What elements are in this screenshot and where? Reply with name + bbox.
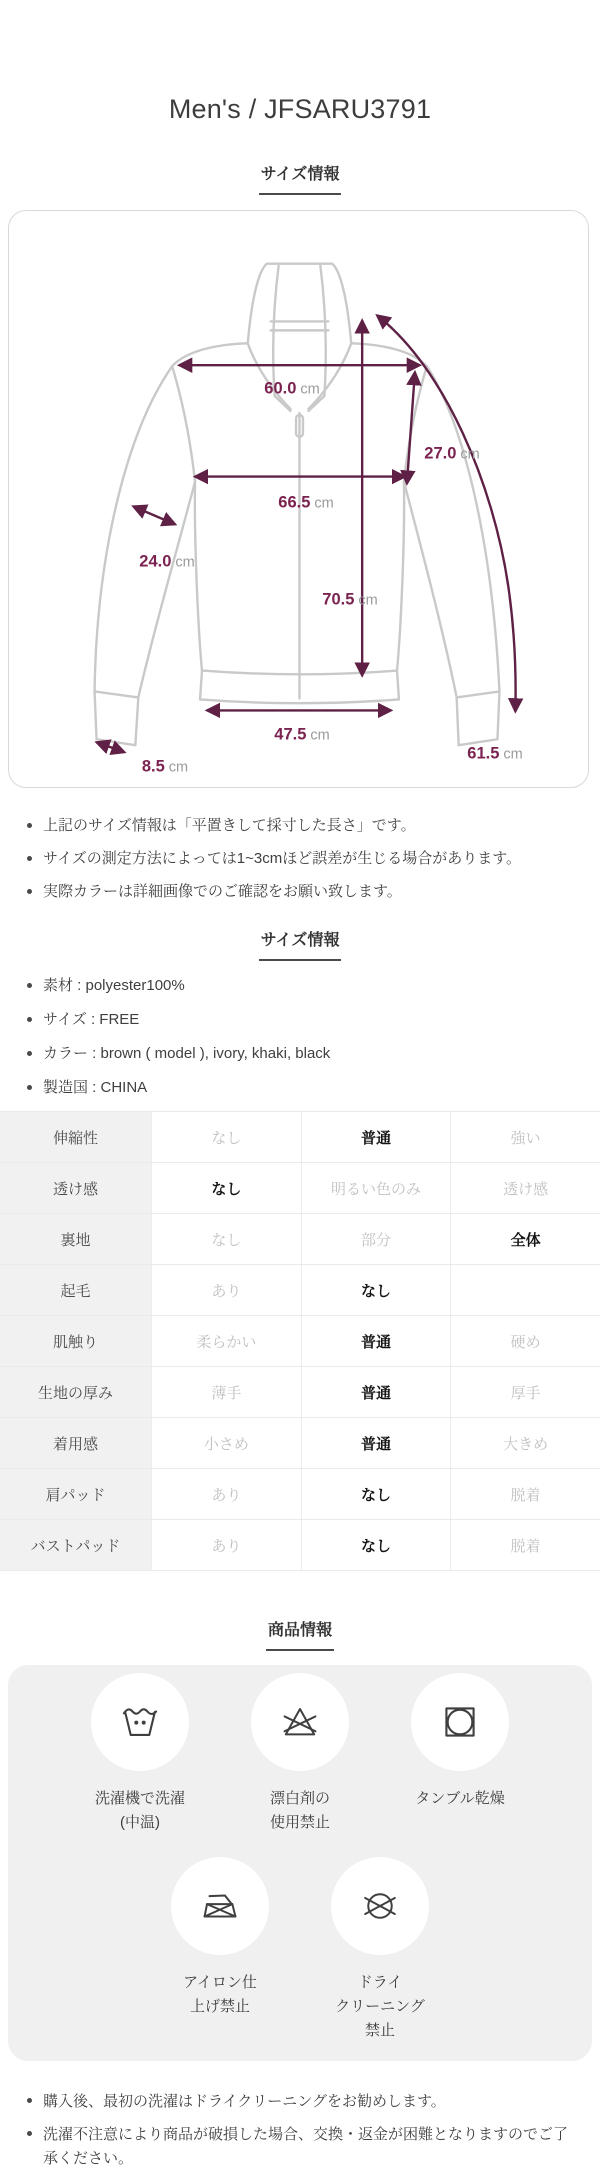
table-cell: 脱着	[450, 1469, 600, 1519]
table-cell: 大きめ	[450, 1418, 600, 1468]
table-cell	[450, 1265, 600, 1315]
measurement-value: 70.5	[322, 591, 354, 610]
table-row-bust-pad: バストパッド あり なし 脱着	[0, 1520, 600, 1571]
size-diagram: 60.0cm 27.0cm 66.5cm 24.0cm 70.5cm 47.5c…	[8, 210, 589, 788]
size-diagram-heading: サイズ情報	[0, 161, 600, 195]
table-cell: 厚手	[450, 1367, 600, 1417]
measurement-unit: cm	[175, 555, 194, 571]
table-cell: あり	[151, 1469, 301, 1519]
table-cell: 強い	[450, 1112, 600, 1162]
measurement-unit: cm	[300, 382, 319, 398]
care-row-2: アイロン仕 上げ禁止 ドライ クリーニング 禁止	[8, 1853, 592, 2043]
table-row-stretch: 伸縮性 なし 普通 強い	[0, 1112, 600, 1163]
table-cell: 薄手	[151, 1367, 301, 1417]
measurement-value: 61.5	[467, 745, 499, 764]
table-row-label: 生地の厚み	[0, 1367, 151, 1417]
table-cell: あり	[151, 1520, 301, 1570]
table-cell: なし	[151, 1163, 301, 1213]
table-cell: 部分	[301, 1214, 451, 1264]
measurement-unit: cm	[314, 496, 333, 512]
table-row-label: 肩パッド	[0, 1469, 151, 1519]
product-info-heading-label: 商品情報	[266, 1617, 334, 1651]
table-cell: 普通	[301, 1367, 451, 1417]
table-row-touch: 肌触り 柔らかい 普通 硬め	[0, 1316, 600, 1367]
product-info-page: Men's / JFSARU3791 サイズ情報	[0, 0, 600, 2180]
care-label: タンブル乾燥	[415, 1787, 504, 1811]
care-note: 洗濯不注意により商品が破損した場合、交換・返金が困難となりますのでご了承ください…	[26, 2123, 576, 2171]
table-row-fit: 着用感 小さめ 普通 大きめ	[0, 1418, 600, 1469]
table-cell: あり	[151, 1265, 301, 1315]
measurement-unit: cm	[460, 447, 479, 463]
measurement-value: 24.0	[139, 553, 171, 572]
care-label: ドライ クリーニング 禁止	[335, 1971, 425, 2043]
care-instructions: 洗濯機で洗濯 (中温) 漂白剤の 使用禁止	[8, 1665, 592, 2061]
measurement-sleeve-length: 61.5cm	[467, 745, 522, 764]
table-cell: 硬め	[450, 1316, 600, 1366]
measurement-unit: cm	[503, 747, 522, 763]
care-row-1: 洗濯機で洗濯 (中温) 漂白剤の 使用禁止	[8, 1669, 592, 1835]
table-cell: なし	[151, 1214, 301, 1264]
table-row-sheerness: 透け感 なし 明るい色のみ 透け感	[0, 1163, 600, 1214]
care-item-wash: 洗濯機で洗濯 (中温)	[60, 1669, 220, 1835]
table-cell: 小さめ	[151, 1418, 301, 1468]
table-row-label: 伸縮性	[0, 1112, 151, 1162]
size-note: サイズの測定方法によっては1~3cmほど誤差が生じる場合があります。	[26, 848, 582, 870]
no-iron-icon	[171, 1857, 269, 1955]
measurement-value: 27.0	[424, 445, 456, 464]
care-label: 漂白剤の 使用禁止	[270, 1787, 330, 1835]
measurement-sleeve-upper: 24.0cm	[139, 553, 194, 572]
table-cell: なし	[301, 1265, 451, 1315]
table-row-label: 肌触り	[0, 1316, 151, 1366]
no-dryclean-icon	[331, 1857, 429, 1955]
measurement-unit: cm	[169, 760, 188, 776]
tumble-dry-icon	[411, 1673, 509, 1771]
measurement-armhole: 27.0cm	[424, 445, 479, 464]
table-cell: 脱着	[450, 1520, 600, 1570]
table-cell: なし	[301, 1520, 451, 1570]
measurement-cuff-width: 8.5cm	[142, 758, 188, 777]
size-notes-list: 上記のサイズ情報は「平置きして採寸した長さ」です。 サイズの測定方法によっては1…	[26, 815, 582, 903]
product-info-heading: 商品情報	[0, 1617, 600, 1651]
table-row-label: 着用感	[0, 1418, 151, 1468]
size-info-heading-label: サイズ情報	[259, 927, 342, 961]
measurement-value: 47.5	[274, 726, 306, 745]
measurement-unit: cm	[310, 728, 329, 744]
table-row-brushed: 起毛 あり なし	[0, 1265, 600, 1316]
spec-size: サイズ : FREE	[26, 1009, 582, 1031]
measurement-shoulder-width: 60.0cm	[264, 380, 319, 399]
table-cell: 普通	[301, 1418, 451, 1468]
measurement-length: 70.5cm	[322, 591, 377, 610]
measurement-value: 8.5	[142, 758, 165, 777]
size-info-heading: サイズ情報	[0, 927, 600, 961]
measurement-value: 66.5	[278, 494, 310, 513]
size-note: 上記のサイズ情報は「平置きして採寸した長さ」です。	[26, 815, 582, 837]
care-notes-list: 購入後、最初の洗濯はドライクリーニングをお勧めします。 洗濯不注意により商品が破…	[26, 2090, 576, 2171]
table-row-thickness: 生地の厚み 薄手 普通 厚手	[0, 1367, 600, 1418]
size-diagram-heading-label: サイズ情報	[259, 161, 342, 195]
table-row-lining: 裏地 なし 部分 全体	[0, 1214, 600, 1265]
care-item-no-bleach: 漂白剤の 使用禁止	[220, 1669, 380, 1835]
table-cell: 普通	[301, 1112, 451, 1162]
table-cell: 全体	[450, 1214, 600, 1264]
spec-list: 素材 : polyester100% サイズ : FREE カラー : brow…	[26, 975, 582, 1099]
table-cell: 柔らかい	[151, 1316, 301, 1366]
care-item-tumble-dry: タンブル乾燥	[380, 1669, 540, 1835]
no-bleach-icon	[251, 1673, 349, 1771]
table-row-shoulder-pad: 肩パッド あり なし 脱着	[0, 1469, 600, 1520]
table-row-label: バストパッド	[0, 1520, 151, 1570]
care-note: 購入後、最初の洗濯はドライクリーニングをお勧めします。	[26, 2090, 576, 2114]
care-item-no-iron: アイロン仕 上げ禁止	[140, 1853, 300, 2043]
care-label: アイロン仕 上げ禁止	[183, 1971, 257, 2019]
spec-color: カラー : brown ( model ), ivory, khaki, bla…	[26, 1043, 582, 1065]
spec-material: 素材 : polyester100%	[26, 975, 582, 997]
table-cell: なし	[301, 1469, 451, 1519]
table-cell: 明るい色のみ	[301, 1163, 451, 1213]
spec-country: 製造国 : CHINA	[26, 1077, 582, 1099]
care-label: 洗濯機で洗濯 (中温)	[95, 1787, 185, 1835]
table-row-label: 起毛	[0, 1265, 151, 1315]
measurement-value: 60.0	[264, 380, 296, 399]
page-title: Men's / JFSARU3791	[0, 0, 600, 125]
table-cell: 普通	[301, 1316, 451, 1366]
table-cell: 透け感	[450, 1163, 600, 1213]
spec-table: 伸縮性 なし 普通 強い 透け感 なし 明るい色のみ 透け感 裏地 なし 部分 …	[0, 1111, 600, 1571]
measurement-hem-width: 47.5cm	[274, 726, 329, 745]
care-item-no-dryclean: ドライ クリーニング 禁止	[300, 1853, 460, 2043]
table-row-label: 裏地	[0, 1214, 151, 1264]
measurement-chest-width: 66.5cm	[278, 494, 333, 513]
table-cell: なし	[151, 1112, 301, 1162]
table-row-label: 透け感	[0, 1163, 151, 1213]
wash-machine-icon	[91, 1673, 189, 1771]
size-note: 実際カラーは詳細画像でのご確認をお願い致します。	[26, 881, 582, 903]
measurement-unit: cm	[358, 593, 377, 609]
